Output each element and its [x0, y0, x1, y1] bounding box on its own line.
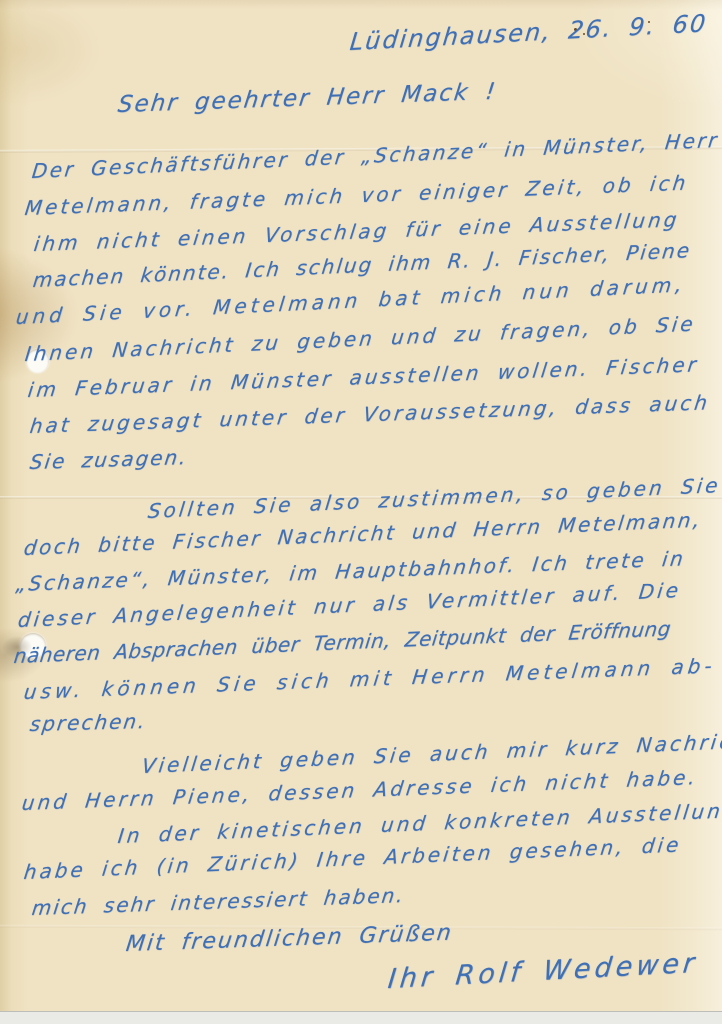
- letter-scan: Lüdinghausen, 26. 9. 60 Sehr geehrter He…: [0, 0, 722, 1024]
- letter-line: sprechen.: [28, 709, 148, 736]
- letter-line: Sie zusagen.: [28, 445, 189, 474]
- scanner-edge-strip: [0, 1011, 722, 1024]
